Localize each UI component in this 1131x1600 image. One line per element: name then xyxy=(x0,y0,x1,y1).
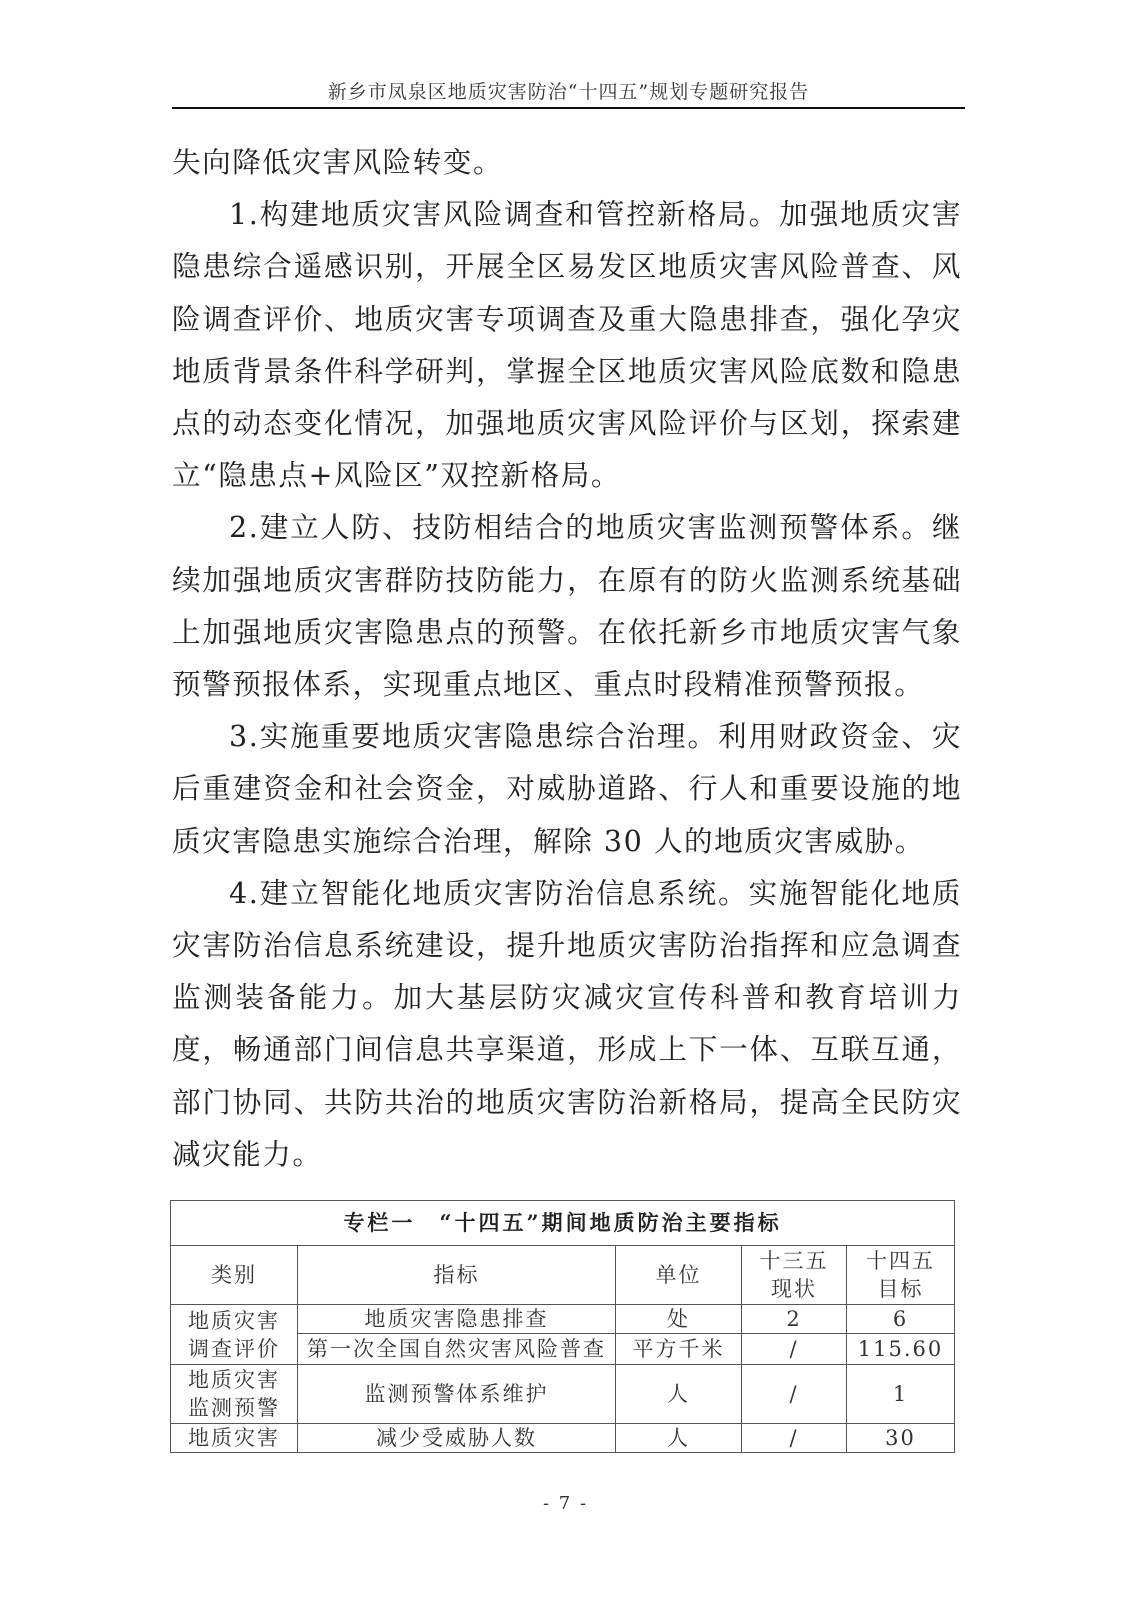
indicator-cell: 监测预警体系维护 xyxy=(298,1365,616,1424)
indicators-table: 专栏一 “十四五”期间地质防治主要指标 类别 指标 单位 十三五 现状 十四五 … xyxy=(170,1200,955,1453)
unit-cell: 人 xyxy=(616,1424,742,1453)
table-row: 地质灾害 减少受威胁人数 人 / 30 xyxy=(171,1424,955,1453)
paragraph-item-1: 1.构建地质灾害风险调查和管控新格局。加强地质灾害隐患综合遥感识别，开展全区易发… xyxy=(172,188,962,501)
table-row: 地质灾害 调查评价 地质灾害隐患排查 处 2 6 xyxy=(171,1305,955,1334)
current-cell: 2 xyxy=(742,1305,847,1334)
paragraph-item-3: 3.实施重要地质灾害隐患综合治理。利用财政资金、灾后重建资金和社会资金，对威胁道… xyxy=(172,710,962,867)
category-cell: 地质灾害 调查评价 xyxy=(171,1305,298,1365)
category-cell: 地质灾害 xyxy=(171,1424,298,1453)
header-target: 十四五 目标 xyxy=(847,1246,955,1305)
indicator-cell: 第一次全国自然灾害风险普查 xyxy=(298,1334,616,1365)
table-title: 专栏一 “十四五”期间地质防治主要指标 xyxy=(171,1201,955,1246)
category-line2: 监测预警 xyxy=(173,1394,295,1422)
category-cell: 地质灾害 监测预警 xyxy=(171,1365,298,1424)
current-cell: / xyxy=(742,1334,847,1365)
current-cell: / xyxy=(742,1365,847,1424)
target-cell: 115.60 xyxy=(847,1334,955,1365)
indicator-cell: 减少受威胁人数 xyxy=(298,1424,616,1453)
header-current-line1: 十三五 xyxy=(744,1247,844,1275)
paragraph-item-4: 4.建立智能化地质灾害防治信息系统。实施智能化地质灾害防治信息系统建设，提升地质… xyxy=(172,867,962,1180)
header-unit: 单位 xyxy=(616,1246,742,1305)
running-header: 新乡市凤泉区地质灾害防治“十四五”规划专题研究报告 xyxy=(172,80,965,104)
target-cell: 6 xyxy=(847,1305,955,1334)
unit-cell: 人 xyxy=(616,1365,742,1424)
header-category: 类别 xyxy=(171,1246,298,1305)
target-cell: 30 xyxy=(847,1424,955,1453)
unit-cell: 平方千米 xyxy=(616,1334,742,1365)
header-target-line2: 目标 xyxy=(849,1275,952,1303)
table-row: 地质灾害 监测预警 监测预警体系维护 人 / 1 xyxy=(171,1365,955,1424)
paragraph-continuation: 失向降低灾害风险转变。 xyxy=(172,136,962,188)
header-target-line1: 十四五 xyxy=(849,1247,952,1275)
header-current-line2: 现状 xyxy=(744,1275,844,1303)
table-header-row: 类别 指标 单位 十三五 现状 十四五 目标 xyxy=(171,1246,955,1305)
page-number: - 7 - xyxy=(0,1493,1131,1514)
paragraph-item-2: 2.建立人防、技防相结合的地质灾害监测预警体系。继续加强地质灾害群防技防能力，在… xyxy=(172,501,962,710)
header-current: 十三五 现状 xyxy=(742,1246,847,1305)
category-line1: 地质灾害 xyxy=(173,1307,295,1335)
target-cell: 1 xyxy=(847,1365,955,1424)
body-text: 失向降低灾害风险转变。 1.构建地质灾害风险调查和管控新格局。加强地质灾害隐患综… xyxy=(172,136,962,1180)
header-indicator: 指标 xyxy=(298,1246,616,1305)
current-cell: / xyxy=(742,1424,847,1453)
indicator-cell: 地质灾害隐患排查 xyxy=(298,1305,616,1334)
header-rule xyxy=(172,107,965,109)
unit-cell: 处 xyxy=(616,1305,742,1334)
category-line1: 地质灾害 xyxy=(173,1366,295,1394)
category-line2: 调查评价 xyxy=(173,1335,295,1363)
